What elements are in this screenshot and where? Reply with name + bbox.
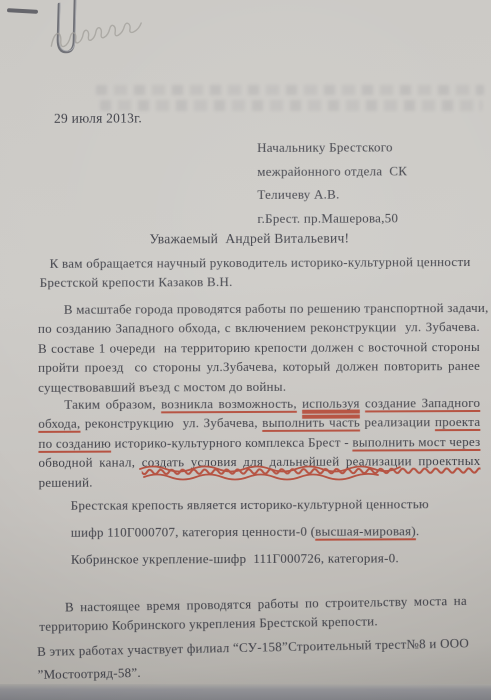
salutation: Уважаемый Андрей Витальевич!: [149, 231, 349, 248]
text-line: К вам обращается научный руководитель ис…: [40, 252, 446, 273]
text-segment: пройти проезд со стороны ул.Зубачева, ко…: [38, 358, 480, 375]
text-segment: Теличеву А.В.: [257, 187, 339, 202]
text-line: В составе 1 очереди на территорию крепос…: [38, 337, 480, 358]
text-line: г.Брест. пр.Машерова,50: [257, 206, 407, 230]
text-segment: шифр 110Г000707, категория ценности-0 (: [71, 524, 315, 540]
text-line: пройти проезд со стороны ул.Зубачева, ко…: [38, 356, 480, 377]
red-underlined-text: используя: [302, 396, 360, 411]
text-line: Начальнику Брестского: [257, 135, 407, 159]
text-segment: г.Брест. пр.Машерова,50: [257, 210, 398, 226]
text-segment: существовавший въезд с мостом до войны.: [38, 378, 286, 394]
text-line: В масштабе города проводятся работы по р…: [38, 298, 480, 319]
text-segment: Брестской крепости Казаков В.Н.: [40, 274, 233, 290]
desk-background: [0, 684, 491, 700]
text-segment: решений.: [39, 474, 93, 489]
red-underlined-text: выполнить мост через: [352, 434, 480, 450]
text-line: обхода, реконструкцию ул. Зубачева, выпо…: [38, 412, 480, 433]
text-segment: территорию Кобринского укрепления Брестс…: [39, 614, 378, 635]
paragraph-introduction: К вам обращается научный руководитель ис…: [40, 252, 446, 293]
text-segment: реконструкцию ул. Зубачева,: [80, 415, 262, 431]
red-underlined-text: возникла возможность,: [161, 396, 297, 412]
text-line: межрайонного отдела СК: [257, 159, 407, 183]
text-segment: Брестская крепость является историко-кул…: [71, 496, 429, 513]
text-segment: В этих работах участвует филиал “СУ-158”…: [37, 635, 469, 659]
red-underlined-text: обхода,: [38, 416, 80, 431]
paragraph-heritage-codes: Брестская крепость является историко-кул…: [71, 490, 481, 573]
text-segment: по созданию Западного обхода, с включени…: [38, 319, 480, 336]
text-segment: Кобринское укрепление-шифр 111Г000726, к…: [71, 550, 399, 566]
text-segment: Начальнику Брестского: [257, 139, 393, 155]
text-segment: ”Мостоотряд-58”.: [37, 665, 141, 682]
text-line: по созданию Западного обхода, с включени…: [38, 317, 480, 338]
red-underlined-text: выполнить часть: [262, 415, 360, 430]
text-segment: В масштабе города проводятся работы по р…: [64, 300, 489, 317]
paragraph-city-works: В масштабе города проводятся работы по р…: [38, 298, 480, 397]
red-underlined-text: высшая-мировая): [315, 523, 416, 538]
addressee-block: Начальнику Брестскогомежрайонного отдела…: [257, 135, 407, 230]
red-underline-squiggles: [138, 464, 408, 484]
red-underlined-text: создание Западного: [365, 395, 480, 411]
text-line: Брестская крепость является историко-кул…: [71, 490, 481, 519]
text-segment: историко-культурного комплекса Брест -: [111, 434, 352, 450]
text-line: Кобринское укрепление-шифр 111Г000726, к…: [71, 544, 481, 573]
text-segment: реализации: [360, 415, 435, 430]
text-segment: обводной канал,: [38, 455, 141, 470]
text-line: Брестской крепости Казаков В.Н.: [40, 272, 446, 293]
text-segment: межрайонного отдела СК: [257, 163, 407, 179]
text-segment: Таким образом,: [64, 396, 161, 411]
text-segment: .: [416, 523, 420, 538]
text-line: по созданию историко-культурного комплек…: [38, 432, 480, 453]
text-segment: В составе 1 очереди на территорию крепос…: [38, 339, 480, 356]
paragraph-contractors: В этих работах участвует филиал “СУ-158”…: [37, 632, 453, 686]
text-line: Таким образом, возникла возможность, исп…: [38, 393, 480, 414]
red-underlined-text: проекта: [435, 414, 480, 429]
letter-body: 29 июля 2013г. Начальнику Брестскогомежр…: [0, 0, 491, 700]
paragraph-current-construction: В настоящее время проводятся работы по с…: [39, 591, 468, 637]
letter-date: 29 июля 2013г.: [54, 110, 142, 126]
letter-photo: 29 июля 2013г. Начальнику Брестскогомежр…: [0, 0, 491, 700]
text-line: шифр 110Г000707, категория ценности-0 (в…: [71, 517, 481, 546]
text-segment: К вам обращается научный руководитель ис…: [50, 254, 471, 271]
red-underlined-text: по созданию: [38, 435, 111, 450]
text-line: Теличеву А.В.: [257, 182, 407, 206]
